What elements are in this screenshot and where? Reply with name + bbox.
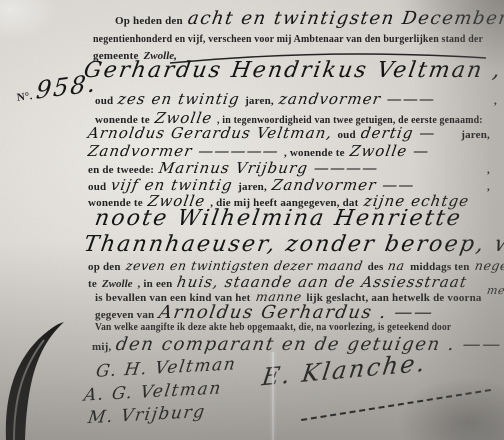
printed-segment: Op heden den	[115, 15, 183, 27]
act-number-label: N°.	[16, 90, 33, 104]
printed-segment: mij,	[92, 341, 111, 353]
deed-line-01: Op heden den acht en twintigsten Decembe…	[115, 8, 504, 29]
handwritten-name: Gerhardus Hendrikus Veltman ,	[82, 58, 504, 83]
printed-segment: jaren,	[245, 95, 274, 107]
printed-segment: des	[368, 261, 384, 273]
printed-segment: oud	[95, 95, 113, 107]
handwritten-child-names: Arnoldus Gerhardus . ——	[158, 302, 436, 323]
printed-segment: jaren,	[461, 129, 490, 141]
handwritten-day: zeven en twintigsten dezer maand	[124, 258, 363, 273]
printed-segment: ,	[494, 95, 497, 107]
deed-line-13: Thannhaeuser, zonder beroep, wonende te …	[84, 232, 504, 257]
printed-segment: ,	[487, 181, 490, 193]
scan-corner-artifact	[0, 320, 70, 440]
handwritten-age: zes en twintig	[117, 90, 242, 108]
printed-segment: gegeven van	[95, 309, 154, 321]
deed-line-08: Zandvormer ————— , wonende te Zwolle —	[88, 142, 429, 160]
printed-segment: en de tweede:	[88, 164, 154, 176]
deed-line-04: Gerhardus Hendrikus Veltman ,	[84, 58, 502, 83]
deed-line-14: op den zeven en twintigsten dezer maand …	[88, 258, 504, 273]
printed-segment: , wonende te	[284, 147, 345, 159]
signature-flourish-underline	[301, 389, 491, 421]
printed-segment: negentienhonderd en vijf, verscheen voor…	[93, 33, 483, 45]
scan-streak-artifact	[272, 352, 274, 440]
handwritten-age: dertig —	[359, 124, 457, 142]
deed-line-12: noote Wilhelmina Henriette	[95, 206, 462, 231]
printed-segment: middags ten	[410, 261, 469, 273]
deed-line-19: mij, den comparant en de getuigen . ——	[92, 334, 502, 355]
handwritten-occupation: Zandvormer —————	[87, 142, 281, 160]
handwritten-occupation: zandvormer ———	[277, 90, 490, 108]
handwritten-witness1-name: Arnoldus Gerardus Veltman,	[87, 124, 334, 142]
printed-segment: Van welke aangifte ik deze akte heb opge…	[95, 321, 451, 333]
printed-segment: op den	[88, 261, 121, 273]
handwritten-segment: men zijn	[486, 284, 504, 297]
deed-line-07: Arnoldus Gerardus Veltman, oud dertig — …	[88, 124, 490, 142]
handwritten-mother-surname: Thannhaeuser, zonder beroep, wonende	[82, 232, 504, 257]
handwritten-date: acht en twintigsten December —	[186, 8, 504, 29]
deed-line-18: Van welke aangifte ik deze akte heb opge…	[95, 321, 504, 333]
signature-witness3: M. Vrijburg	[87, 402, 207, 428]
handwritten-hour: negen	[473, 258, 504, 273]
deed-line-09: en de tweede: Marinus Vrijburg ———— ,	[88, 159, 490, 177]
handwritten-closing: den comparant en de getuigen . ——	[115, 334, 504, 355]
handwritten-mother-name: noote Wilhelmina Henriette	[93, 206, 464, 231]
deed-line-17: gegeven van Arnoldus Gerhardus . ——	[95, 302, 434, 323]
handwritten-place: Zwolle —	[348, 142, 430, 160]
handwritten-ampm: na	[387, 258, 406, 273]
deed-line-05: oud zes en twintig jaren, zandvormer ———…	[95, 90, 497, 108]
printed-segment: ,	[487, 164, 490, 176]
deed-line-02: negentienhonderd en vijf, verscheen voor…	[93, 33, 504, 45]
act-number-value: 958.	[35, 69, 98, 105]
handwritten-witness2-name: Marinus Vrijburg ————	[158, 159, 484, 177]
printed-segment: oud	[337, 129, 355, 141]
birth-record-scan: Op heden den acht en twintigsten Decembe…	[0, 0, 504, 440]
act-number: N°. 958.	[15, 69, 99, 107]
